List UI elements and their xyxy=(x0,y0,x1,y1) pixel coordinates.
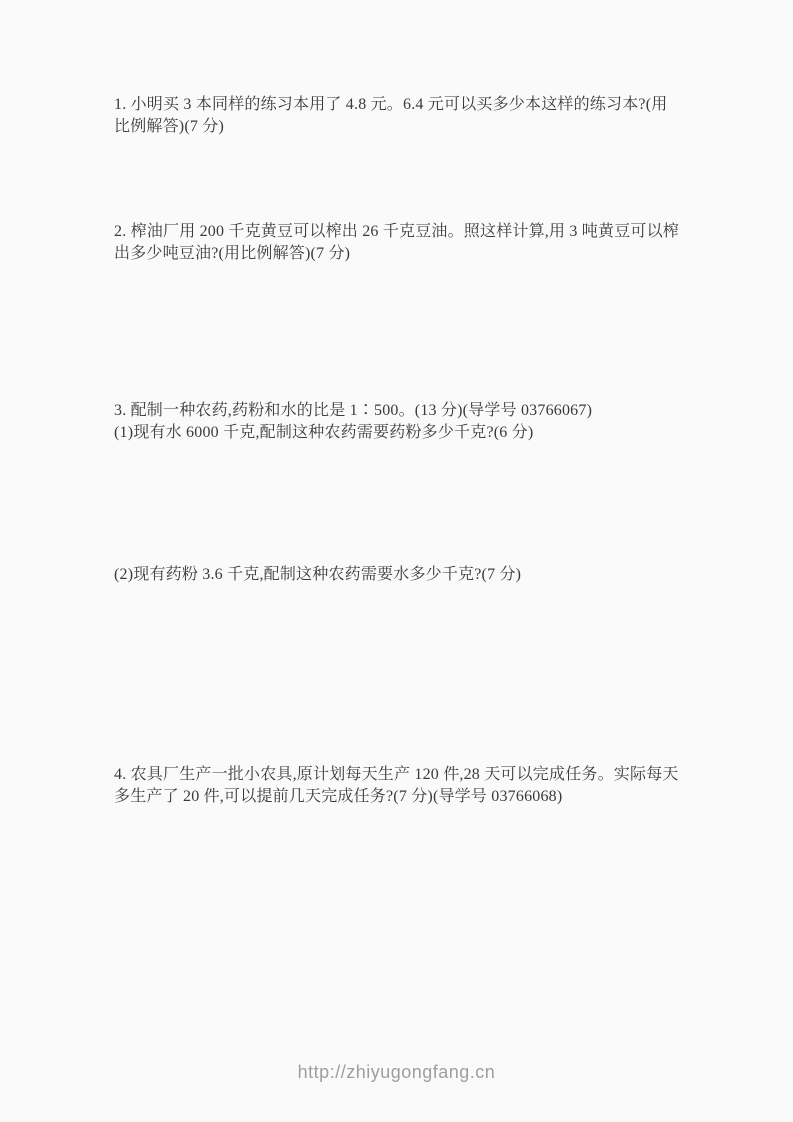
question-2: 2. 榨油厂用 200 千克黄豆可以榨出 26 千克豆油。照这样计算,用 3 吨… xyxy=(114,221,680,265)
question-3-part-2: (2)现有药粉 3.6 千克,配制这种农药需要水多少千克?(7 分) xyxy=(114,564,680,586)
worksheet-page: 1. 小明买 3 本同样的练习本用了 4.8 元。6.4 元可以买多少本这样的练… xyxy=(0,0,793,1122)
question-3: 3. 配制一种农药,药粉和水的比是 1∶500。(13 分)(导学号 03766… xyxy=(114,400,680,444)
question-3-stem: 3. 配制一种农药,药粉和水的比是 1∶500。(13 分)(导学号 03766… xyxy=(114,400,680,422)
question-4: 4. 农具厂生产一批小农具,原计划每天生产 120 件,28 天可以完成任务。实… xyxy=(114,764,680,808)
footer-watermark-url: http://zhiyugongfang.cn xyxy=(0,1060,793,1084)
question-1: 1. 小明买 3 本同样的练习本用了 4.8 元。6.4 元可以买多少本这样的练… xyxy=(114,94,680,138)
question-3-part-1: (1)现有水 6000 千克,配制这种农药需要药粉多少千克?(6 分) xyxy=(114,422,680,444)
